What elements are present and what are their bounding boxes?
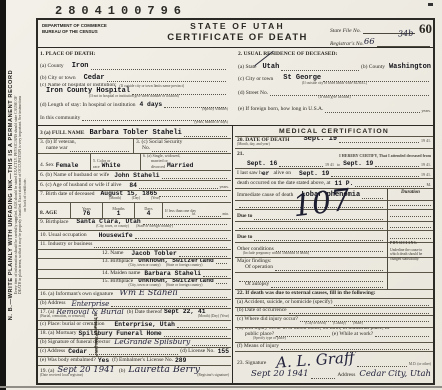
blank-line	[179, 254, 227, 257]
duration-column: Duration PHYSICIANS: Underline the cause…	[387, 189, 433, 290]
father-birthplace-row: 13. Birthplace Unknown, Switzerland (Cit…	[38, 259, 231, 270]
marital-label-3: divorced	[151, 165, 165, 169]
mother-name-row: 14. Maiden name Barbara Staheli	[38, 270, 231, 279]
mother-name-value: Barbara Staheli	[144, 271, 201, 277]
director-signature: LeGrande Spilsbury	[114, 339, 190, 346]
signature-address: Cedar City, Utah	[359, 371, 431, 379]
street-note: (If rural give location)	[318, 96, 350, 100]
marital-value: Married	[167, 163, 193, 169]
duration-blank-line	[390, 217, 431, 228]
registrar-no-label: Registrar's No.	[330, 41, 364, 47]
blank-line	[281, 347, 429, 350]
ssn-cell: 3. (c) Social Security No.	[134, 139, 231, 154]
alive-label: alive on	[273, 171, 291, 177]
spouse-age-suffix: years.	[220, 185, 229, 189]
veteran-labels: 3. (b) If veteran, name war	[40, 140, 131, 152]
embalmed-row: (e) Was body embalmed? Yes (f) Embalmer'…	[38, 357, 231, 366]
attended-to: Sept. 19	[343, 161, 373, 167]
director-addr-value: Cedar	[68, 349, 87, 355]
embalmed-value: Yes	[98, 358, 109, 364]
disposal-place-row: (c) Place: burial or cremation Enterpris…	[38, 321, 231, 330]
informant-row: 16. (a) Informant's own signature Wm E S…	[38, 290, 231, 300]
medical-certification-column: MEDICAL CERTIFICATION 20. DATE OF DEATH …	[235, 127, 433, 380]
birthdate-note-line: (Month) (Day) (Year)	[40, 197, 229, 201]
age-years-value: 76	[73, 211, 100, 217]
informant-signature: Wm E Staheli	[119, 290, 178, 298]
certificate-title: CERTIFICATE OF DEATH	[145, 32, 330, 43]
blank-line	[334, 303, 429, 306]
certify-number: 21.	[237, 152, 244, 158]
father-name-label: 12. Name	[102, 251, 123, 257]
spouse-age-row: 6. (c) Age of husband or wife if alive 8…	[38, 181, 231, 191]
ssn-line: No.	[136, 146, 229, 152]
blank-line	[325, 110, 419, 113]
director-row: (b) Signature of funeral director LeGran…	[38, 339, 231, 348]
mother-name-label: 14. Maiden name	[102, 271, 140, 277]
sex-value: Female	[56, 163, 79, 169]
dod-note: (Month, day, and year)	[237, 143, 270, 147]
stay-row: (d) Length of stay: In hospital or insti…	[38, 100, 230, 113]
autopsy-line: Of autopsy	[237, 282, 385, 288]
birthplace-note: (City, town, or county) (State or foreig…	[96, 225, 173, 229]
informant-label: 16. (a) Informant's own signature	[40, 292, 113, 298]
disposal-note-line: (Burial, cremation, or removal) (Month) …	[40, 315, 229, 319]
injury-note-line: (Specify type of place)	[237, 337, 431, 341]
informant-addr-value: Enterprise	[72, 301, 110, 307]
cause-label: Immediate cause of death	[237, 193, 293, 199]
spouse-value: John Staheli	[114, 173, 159, 179]
color-value: White	[102, 163, 121, 169]
spouse-row: 6. (b) Name of husband or wife John Stah…	[38, 171, 231, 181]
res-state-value: Utah	[262, 64, 279, 71]
registrar-signature: Lauretta Berry	[128, 366, 200, 374]
state-title: STATE OF UTAH	[145, 21, 330, 31]
foreign-suffix: years.	[422, 109, 431, 113]
blank-line	[111, 304, 227, 307]
father-name-row: 12. Name Jacob Tobler	[38, 250, 231, 259]
stamped-certificate-number: 2804100796	[55, 4, 187, 18]
age-cell-label: 8. AGE	[38, 203, 70, 219]
attended-from-year: 19 41	[325, 163, 334, 167]
column-divider	[232, 126, 233, 385]
disposal-date-note: (Month) (Day) (Year)	[198, 315, 229, 319]
state-file-line: State File No. 60	[330, 21, 432, 34]
blank-line	[281, 68, 359, 71]
disposal-place-value: Enterprise, Utah	[114, 322, 174, 328]
where-note: (City or town) (County) (State)	[305, 322, 363, 326]
blank-line	[177, 325, 227, 328]
left-margin-instructions: N. B.—WRITE PLAINLY WITH UNFADING INK—TH…	[8, 25, 34, 365]
blank-line	[271, 285, 383, 288]
blank-line	[164, 334, 227, 337]
age-months-value: 1	[105, 211, 132, 217]
other-note: (Include pregnancy within 3 months of de…	[243, 252, 309, 256]
street-row: (d) Street No. (If rural give location)	[236, 87, 433, 101]
age-less-wrap: If less than one day hr. min.	[165, 209, 229, 217]
blank-line	[192, 343, 227, 346]
registrar-no-value: 66	[364, 39, 375, 47]
res-city-note: (If outside city or town limits write RU…	[302, 82, 367, 86]
age-months-cell: Months 1	[102, 203, 134, 219]
signature-label: 23. Signature	[237, 361, 266, 367]
signature-addr-label: Address	[337, 373, 355, 379]
scan-artifact	[428, 3, 433, 6]
blank-line	[375, 164, 419, 167]
father-bp-note-line: (City, town or county) (State or foreign…	[102, 264, 229, 268]
registrar-notes-line: (Date received local registrar) (Registr…	[40, 374, 229, 378]
residence-section: 2. USUAL RESIDENCE OF DECEASED: (a) Stat…	[236, 49, 433, 114]
blank-line	[94, 245, 227, 248]
disposal-row: 17. (a) Removal & Burial (b) Date thereo…	[38, 309, 231, 321]
blank-line	[254, 238, 383, 241]
blank-line	[239, 226, 383, 229]
community-note: (years, months or days)	[194, 121, 228, 125]
medical-title: MEDICAL CERTIFICATION	[279, 128, 389, 135]
age-days-cell: Days 4	[134, 203, 162, 219]
res-county-label: (b) County	[361, 65, 385, 71]
signature-date: Sept 20 1941	[251, 371, 309, 379]
date-of-death-row: 20. DATE OF DEATH Sept. 19 19 41. (Month…	[235, 137, 433, 149]
stay-note: (Specify whether)	[202, 108, 228, 112]
blank-line	[311, 376, 336, 379]
industry-row: 11. Industry or business	[38, 241, 231, 250]
received-note: (Date received local registrar)	[40, 374, 83, 378]
res-state-label: (a) State	[238, 65, 256, 71]
external-label: 22. If death was due to external causes,…	[237, 291, 376, 297]
signature-suffix: M.D. (or other)	[409, 363, 431, 367]
license-value: 155	[218, 349, 229, 355]
ssn-labels: 3. (c) Social Security No.	[136, 140, 229, 152]
full-name-row: 3 (a) FULL NAME Barbara Tobler Staheli	[38, 127, 231, 139]
director-label: (b) Signature of funeral director	[40, 340, 110, 346]
other-note-line: (Include pregnancy within 3 months of de…	[237, 252, 385, 256]
place-title: 1. PLACE OF DEATH:	[40, 52, 95, 58]
foreign-row: (e) If foreign born, how long in U.S.A. …	[236, 101, 433, 114]
state-county-row: (a) State Utah (b) County Washington	[236, 59, 433, 72]
handwritten-cause-code: 107	[291, 186, 351, 223]
disposal-note: (Burial, cremation, or removal)	[40, 315, 85, 319]
foreign-label: (e) If foreign born, how long in U.S.A.	[238, 107, 323, 113]
hospital-note-2: (If not in hospital or institution give …	[89, 95, 179, 99]
marital-labels: 6. (a) Single, widowed, married or divor…	[143, 154, 229, 169]
mortuary-value: Spilsbury Funeral Home	[79, 331, 162, 337]
veteran-cell: 3. (b) If veteran, name war	[38, 139, 134, 154]
county-value: Iron	[72, 63, 89, 70]
occurrence-row: (b) Date of occurrence	[235, 308, 433, 316]
blank-line	[70, 149, 129, 152]
state-file-label: State File No.	[330, 28, 361, 34]
mother-brace: {	[93, 332, 99, 359]
blank-line	[203, 274, 227, 277]
signature-date-row: Sept 20 1941 Address Cedar City, Utah	[235, 368, 433, 380]
informant-address-row: (b) Address Enterprise	[38, 300, 231, 309]
file-number-block: State File No. 60 Registrar's No. 66	[330, 21, 432, 47]
age-years-cell: Years 76	[70, 203, 102, 219]
mother-bp-note: (City, town or county) (State or foreign…	[129, 284, 203, 288]
injury-place-row: (d) Did injury occur in or about home, o…	[235, 328, 433, 343]
last-saw-label: I last saw h	[237, 171, 262, 177]
means-label: (f) Means of injury	[237, 344, 279, 350]
header-divider	[36, 47, 435, 48]
accident-row: (a) Accident, suicide, or homicide (spec…	[235, 299, 433, 308]
sex-label: 4. Sex	[40, 163, 54, 169]
blank-line	[279, 164, 323, 167]
to-word: to	[337, 163, 340, 167]
registrar-note: (Registrar's signature)	[197, 374, 229, 378]
sex-cell: 4. Sex Female	[38, 154, 90, 171]
ssn-label-2: No.	[142, 146, 150, 152]
street-note-line: (If rural give location)	[238, 96, 431, 100]
blank-line	[167, 214, 190, 217]
occupation-value: Housewife	[99, 233, 133, 239]
blank-line	[139, 186, 218, 189]
color-label-2: race	[93, 165, 100, 169]
industry-label: 11. Industry or business	[40, 242, 92, 248]
color-labels: 5. Color or race White	[93, 159, 138, 169]
mortuary-label: 18. (a) Mortuary	[40, 331, 77, 337]
last-saw-hand: er	[262, 171, 270, 177]
blank-line	[377, 44, 430, 47]
community-row: In this community (years, months or days…	[38, 113, 230, 126]
residence-title: 2. USUAL RESIDENCE OF DECEASED:	[238, 52, 337, 58]
res-county-value: Washington	[389, 64, 431, 71]
birthplace-row: 9. Birthplace Santa Clara, Utah (City, t…	[38, 219, 231, 231]
occurrence-label: (b) Date of occurrence	[237, 308, 287, 314]
blank-line	[180, 295, 227, 298]
means-row: (f) Means of injury	[235, 343, 433, 352]
certify-text: I HEREBY CERTIFY, That I attended deceas…	[339, 154, 431, 158]
accident-label: (a) Accident, suicide, or homicide (spec…	[237, 300, 332, 306]
mother-bp-note-line: (City, town or county) (State or foreign…	[102, 284, 229, 288]
stay-note-line: (Specify whether)	[40, 108, 228, 112]
registrar-line: Registrar's No. 66	[330, 34, 432, 47]
duration-blank-line	[390, 206, 431, 217]
res-city-row: (c) City or town St George (If outside c…	[236, 72, 433, 87]
blank-line	[289, 311, 429, 314]
embalmer-label: (f) Embalmer's License No.	[112, 358, 173, 364]
medical-title-row: MEDICAL CERTIFICATION	[235, 127, 433, 137]
age-less-line: hr. min.	[165, 213, 229, 217]
physician-signature-row: 23. Signature A. L. Graff M.D. (or other…	[235, 352, 433, 368]
spouse-age-value: 84	[129, 183, 137, 189]
age-min-label: min.	[223, 213, 230, 217]
blank-line	[275, 268, 383, 271]
place-of-death-section: 1. PLACE OF DEATH: (a) County Iron (b) C…	[38, 49, 230, 126]
due-to-label-1: Due to	[237, 214, 252, 220]
mother-birthplace-row: 15. Birthplace Unknown, Switzerland (Cit…	[38, 279, 231, 290]
last-saw-row: I last saw h er alive on Sept. 19 19 41.	[235, 169, 433, 179]
community-note-line: (years, months or days)	[40, 121, 228, 125]
occupation-label: 10. Usual occupation	[40, 233, 87, 239]
duration-blank-line	[390, 195, 431, 206]
age-less-cell: If less than one day hr. min.	[162, 203, 231, 219]
external-causes-row: 22. If death was due to external causes,…	[235, 290, 433, 299]
city-row: (b) City or town Cedar	[38, 71, 230, 83]
spouse-label: 6. (b) Name of husband or wife	[40, 173, 109, 179]
county-label: (a) County	[40, 64, 64, 70]
city-value: Cedar	[84, 75, 105, 82]
full-name-value: Barbara Tobler Staheli	[89, 130, 181, 137]
blank-line	[162, 176, 227, 179]
city-label: (b) City or town	[40, 76, 76, 82]
blank-line	[355, 184, 424, 187]
age-months-wrap: Months 1	[105, 207, 132, 217]
age-days-value: 4	[137, 211, 160, 217]
veteran-label-2: name war	[46, 146, 68, 152]
blank-line	[89, 352, 178, 355]
marital-line: divorced Married	[143, 163, 229, 169]
attended-from: Sept. 16	[247, 161, 277, 167]
department-block: DEPARTMENT OF COMMERCE BUREAU OF THE CEN…	[42, 23, 137, 34]
blank-line	[135, 236, 227, 239]
veteran-line: name war	[40, 146, 131, 152]
dept-line-2: BUREAU OF THE CENSUS	[42, 29, 137, 35]
embalmer-value: 289	[175, 358, 186, 364]
director-addr-label: (c) Address	[40, 349, 65, 355]
injury-note: (Specify type of place)	[253, 337, 286, 341]
state-file-value: 60	[419, 24, 432, 34]
mortuary-row: 18. (a) Mortuary Spilsbury Funeral Home	[38, 330, 231, 339]
county-row: (a) County Iron	[38, 59, 230, 71]
blank-line	[362, 196, 383, 199]
res-city-note-line: (If outside city or town limits write RU…	[238, 82, 431, 86]
registrar-row: 19. (a) Sept 20 1941 (b) Lauretta Berry …	[38, 366, 231, 379]
last-saw-year: 19 41.	[421, 173, 431, 177]
blank-line	[357, 364, 407, 367]
veteran-ssn-row: 3. (b) If veteran, name war 3. (c) Socia…	[38, 139, 231, 154]
personal-particulars-column: 3 (a) FULL NAME Barbara Tobler Staheli 3…	[38, 127, 231, 379]
duration-blank-line	[390, 228, 431, 239]
age-hr-label: hr.	[192, 213, 196, 217]
occupation-row: 10. Usual occupation Housewife	[38, 231, 231, 241]
age-label: 8. AGE	[40, 211, 57, 217]
where-row: (c) Where did injury occur? (City or tow…	[235, 316, 433, 328]
full-name-label: 3 (a) FULL NAME	[40, 131, 84, 137]
blank-line	[331, 174, 419, 177]
operation-line: Of operation	[237, 265, 385, 271]
informant-addr-label: (b) Address	[40, 301, 66, 307]
autopsy-label: Of autopsy	[245, 282, 269, 288]
dod-note-line: (Month, day, and year)	[237, 143, 431, 147]
margin-small-text-3: on back of certificate.	[23, 25, 27, 365]
embalmed-label: (e) Was body embalmed?	[40, 358, 96, 364]
age-days-wrap: Days 4	[137, 207, 160, 217]
hospital-row: (c) Name of hospital or institution: (If…	[38, 83, 230, 100]
birthdate-row: 7. Birth date of deceased August 15, 186…	[38, 191, 231, 203]
birthdate-note: (Month) (Day) (Year)	[109, 197, 160, 201]
attended-to-year: 19 41.	[421, 163, 431, 167]
blank-line	[152, 149, 227, 152]
blank-line	[184, 134, 227, 137]
license-label: (d) License No.	[180, 349, 214, 355]
marital-cell: 6. (a) Single, widowed, married or divor…	[140, 154, 231, 171]
age-years-wrap: Years 76	[73, 207, 100, 217]
blank-line	[107, 79, 226, 82]
sex-color-marital-row: 4. Sex Female 5. Color or race White 6. …	[38, 154, 231, 171]
certify-row: 21. I HEREBY CERTIFY, That I attended de…	[235, 149, 433, 159]
blank-line	[198, 214, 221, 217]
due-to-label-2: Due to	[237, 235, 252, 241]
spouse-age-label: 6. (c) Age of husband or wife if alive	[40, 183, 121, 189]
color-line: race White	[93, 163, 138, 169]
physicians-label: PHYSICIANS:	[390, 241, 431, 245]
title-block: STATE OF UTAH CERTIFICATE OF DEATH	[145, 21, 330, 43]
father-bp-note: (City, town or county) (State or foreign…	[129, 264, 203, 268]
last-saw-date: Sept. 19	[299, 171, 329, 177]
address-license-row: (c) Address Cedar (d) License No. 155	[38, 348, 231, 357]
age-row: 8. AGE Years 76 Months 1 Days 4 If less …	[38, 203, 231, 219]
place-title-row: 1. PLACE OF DEATH:	[38, 49, 230, 59]
attended-row: Sept. 16 19 41 to Sept. 19 19 41.	[235, 159, 433, 169]
handwritten-corner-note: 34b	[398, 28, 414, 38]
blank-line	[91, 67, 227, 70]
operation-label: Of operation	[245, 265, 273, 271]
father-name-value: Jacob Tobler	[131, 251, 176, 257]
where-note-line: (City or town) (County) (State)	[237, 322, 431, 326]
occurred-m: M.	[426, 183, 431, 187]
physician-signature: A. L. Graff	[276, 352, 355, 368]
scan-bottom-line	[0, 386, 442, 388]
hospital-note2-line: (If not in hospital or institution give …	[40, 95, 228, 99]
underline-cause-note: Underline the cause to which death shoul…	[390, 248, 431, 261]
birthplace-note-line: (City, town, or county) (State or foreig…	[40, 225, 229, 229]
color-cell: 5. Color or race White	[90, 154, 140, 171]
